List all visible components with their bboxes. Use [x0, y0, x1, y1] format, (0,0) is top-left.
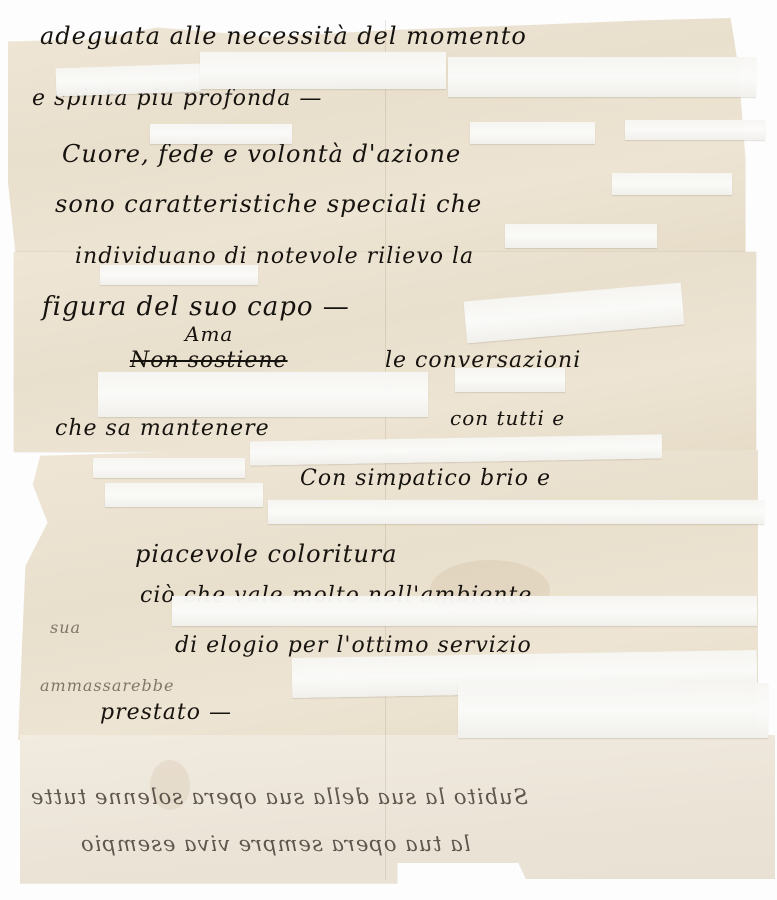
- tape-strip: [612, 173, 732, 195]
- tape-strip: [93, 458, 245, 478]
- tape-strip: [172, 596, 757, 626]
- tape-strip: [268, 500, 764, 524]
- tape-strip: [200, 52, 446, 89]
- tape-strip: [455, 368, 565, 392]
- tape-strip: [458, 683, 768, 738]
- tape-strip: [448, 57, 756, 97]
- tape-strip: [150, 124, 292, 144]
- tape-strip: [470, 122, 595, 144]
- tape-strip: [625, 120, 765, 140]
- tape-strip: [505, 224, 657, 248]
- manuscript-line-8b: con tutti e: [450, 406, 565, 430]
- manuscript-line-4: sono caratteristiche speciali che: [55, 190, 482, 218]
- manuscript-page: adeguata alle necessità del momento e sp…: [0, 0, 777, 900]
- manuscript-line-10: piacevole coloritura: [135, 540, 398, 568]
- margin-note: ammassarebbe: [40, 676, 174, 695]
- tape-strip: [100, 265, 258, 285]
- tape-strip: [98, 372, 428, 417]
- margin-note: sua: [50, 618, 81, 637]
- manuscript-struck-text: Non sostiene: [130, 348, 288, 373]
- manuscript-line-6: figura del suo capo —: [42, 292, 350, 322]
- manuscript-insertion-ama: Ama: [185, 322, 233, 346]
- tape-strip: [105, 483, 263, 507]
- paper-fragment-bottom: [20, 735, 775, 895]
- bleed-through-line-2: la tua opera sempre viva esempio: [80, 832, 471, 856]
- manuscript-line-9: Con simpatico brio e: [300, 466, 551, 491]
- manuscript-line-1: adeguata alle necessità del momento: [40, 22, 527, 50]
- manuscript-line-8: che sa mantenere: [55, 416, 270, 441]
- manuscript-line-13: prestato —: [100, 700, 232, 725]
- manuscript-line-3: Cuore, fede e volontà d'azione: [62, 140, 461, 168]
- bleed-through-line-1: Subito la sua della sua opera solenne tu…: [30, 785, 528, 809]
- tape-strip: [56, 63, 202, 96]
